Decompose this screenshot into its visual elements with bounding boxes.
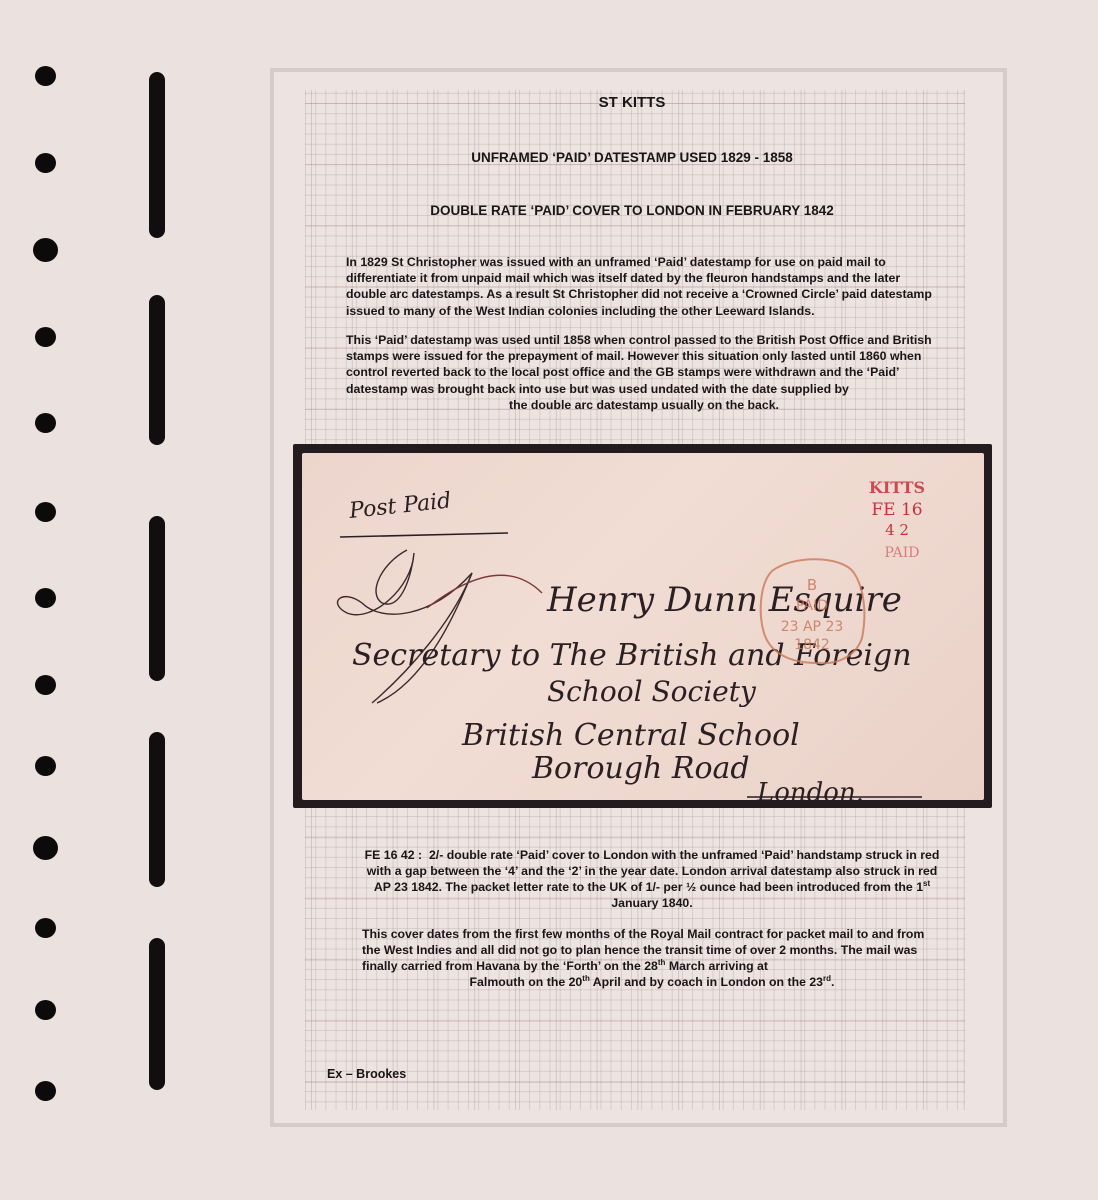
svg-text:B: B [807, 576, 817, 594]
svg-text:23 AP 23: 23 AP 23 [781, 619, 844, 635]
svg-text:PAID: PAID [796, 598, 828, 614]
binder-slot [149, 938, 165, 1090]
punch-hole [35, 327, 56, 347]
punch-hole [35, 588, 56, 608]
svg-text:School Society: School Society [547, 675, 757, 708]
svg-text:1842: 1842 [794, 637, 830, 653]
manuscript-rate-flourish [338, 550, 542, 703]
caption-date-ref: FE 16 42 [365, 848, 415, 862]
punch-hole [35, 1081, 56, 1101]
punch-hole [35, 66, 56, 86]
page-subtitle: UNFRAMED ‘PAID’ DATESTAMP USED 1829 - 18… [300, 149, 964, 167]
caption-text-2c: Falmouth on the 20 [470, 975, 583, 989]
post-paid-endorsement: Post Paid [340, 488, 508, 537]
svg-text:FE 16: FE 16 [871, 500, 922, 520]
intro-paragraph-2: This ‘Paid’ datestamp was used until 185… [346, 332, 942, 413]
svg-text:4 2: 4 2 [885, 521, 909, 539]
svg-text:Borough Road: Borough Road [531, 751, 750, 786]
svg-text:Post Paid: Post Paid [347, 488, 452, 524]
caption-text-2d: April and by coach in London on the 23 [590, 975, 823, 989]
caption-text-2b: March arriving at [665, 959, 768, 973]
intro-paragraph-1: In 1829 St Christopher was issued with a… [346, 254, 942, 319]
binder-slot [149, 516, 165, 681]
punch-hole [35, 502, 56, 522]
punch-hole [35, 1000, 56, 1020]
caption-text-2a: This cover dates from the first few mont… [362, 927, 924, 973]
paid-datestamp: KITTS FE 16 4 2 PAID [869, 478, 925, 561]
punch-hole [33, 836, 58, 860]
punch-hole [33, 238, 58, 262]
binder-slot [149, 732, 165, 887]
caption-sup: rd [823, 974, 831, 983]
page-title: ST KITTS [300, 93, 964, 113]
caption-text-2e: . [831, 975, 834, 989]
cover-caption-2: This cover dates from the first few mont… [362, 927, 942, 991]
caption-separator: : [418, 848, 422, 862]
caption-2-last-line: Falmouth on the 20th April and by coach … [362, 975, 942, 991]
intro-paragraph-2-last-line: the double arc datestamp usually on the … [346, 397, 942, 413]
punch-hole [35, 756, 56, 776]
postal-cover: Post Paid Henry Dunn Esquire Secretary t… [302, 453, 984, 800]
svg-text:KITTS: KITTS [869, 478, 925, 497]
intro-paragraph-2-main: This ‘Paid’ datestamp was used until 185… [346, 333, 932, 396]
punch-hole [35, 918, 56, 938]
caption-text-1: 2/- double rate ‘Paid’ cover to London w… [367, 848, 940, 894]
binder-slot [149, 295, 165, 445]
punch-hole [35, 153, 56, 173]
cover-manuscript-svg: Post Paid Henry Dunn Esquire Secretary t… [302, 453, 984, 800]
punch-hole [35, 675, 56, 695]
caption-text-1-end: January 1840. [611, 896, 692, 910]
cover-caption-1: FE 16 42 : 2/- double rate ‘Paid’ cover … [362, 848, 942, 912]
provenance-note: Ex – Brookes [327, 1067, 406, 1081]
svg-text:British Central School: British Central School [461, 718, 800, 753]
svg-text:PAID: PAID [885, 545, 920, 561]
page-heading: DOUBLE RATE ‘PAID’ COVER TO LONDON IN FE… [300, 202, 964, 220]
caption-sup: st [923, 879, 930, 888]
svg-text:Henry Dunn Esquire: Henry Dunn Esquire [546, 580, 902, 620]
caption-sup: th [582, 974, 590, 983]
punch-hole [35, 413, 56, 433]
binder-slot [149, 72, 165, 238]
